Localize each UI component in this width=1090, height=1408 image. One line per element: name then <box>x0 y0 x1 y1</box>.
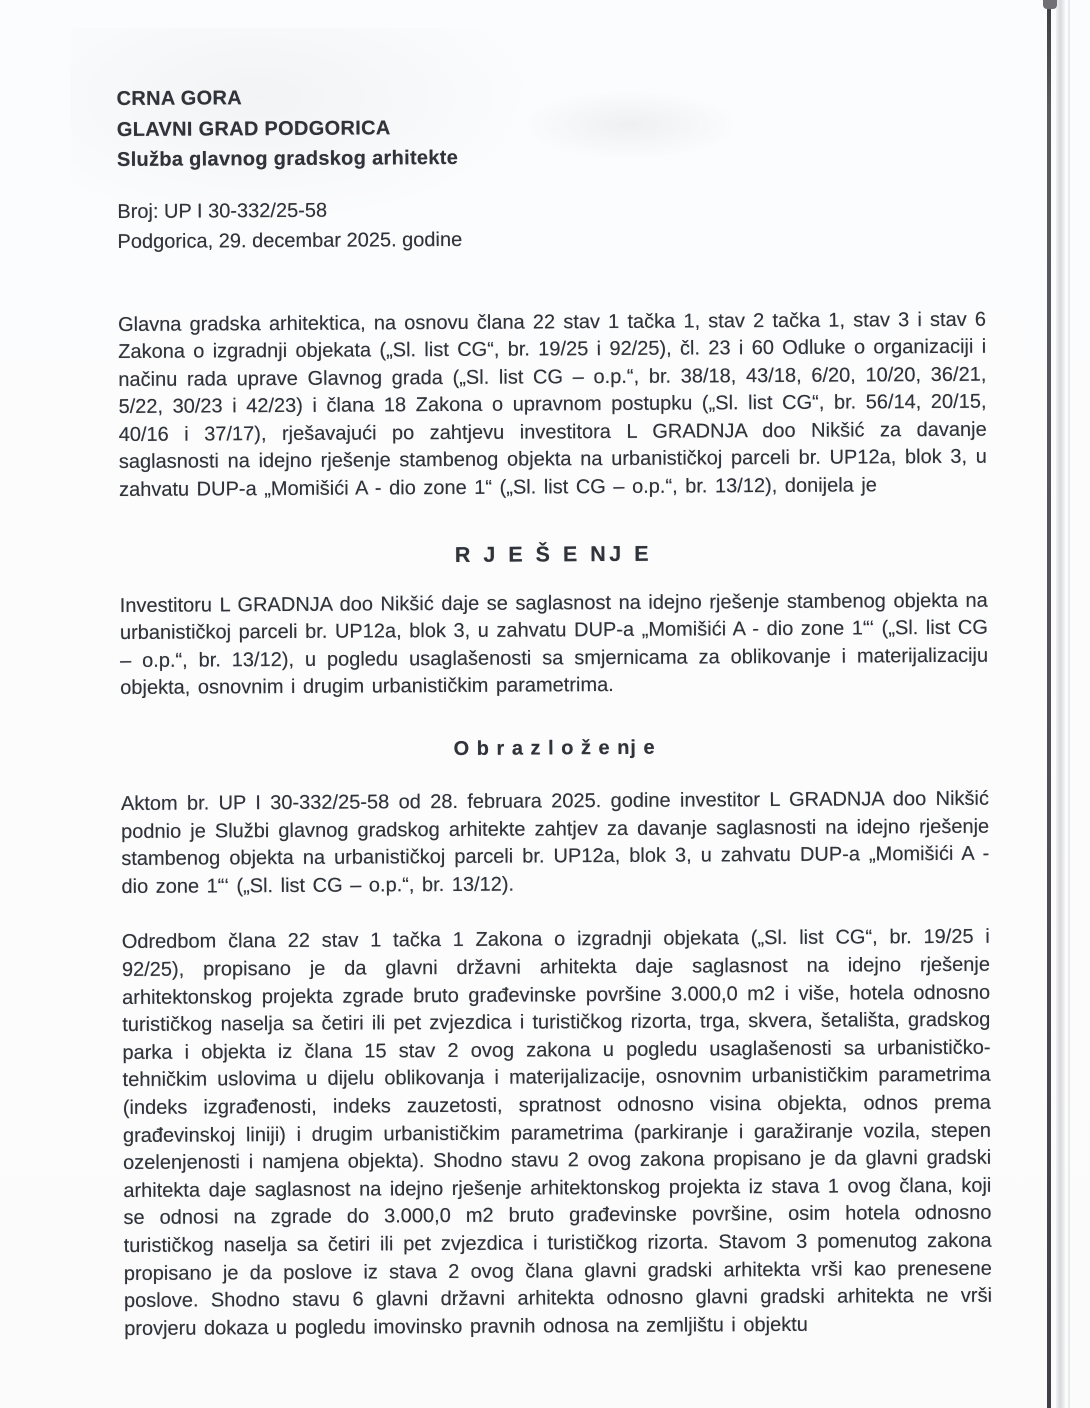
decision-heading: R J E Š E NJ E <box>119 539 987 569</box>
reference-place-date: Podgorica, 29. decembar 2025. godine <box>117 222 985 258</box>
letterhead-office: Služba glavnog gradskog arhitekte <box>117 140 985 176</box>
explanation-paragraph: Odredbom člana 22 stav 1 tačka 1 Zakona … <box>122 924 993 1343</box>
scan-edge-line <box>1047 0 1051 1408</box>
scan-edge-hairline <box>1068 0 1070 1408</box>
scan-edge-light-band <box>1056 0 1065 1408</box>
letterhead: CRNA GORA GLAVNI GRAD PODGORICA Služba g… <box>116 0 985 176</box>
explanation-heading: O b r a z l o ž e nj e <box>121 735 989 763</box>
scan-edge-cap <box>1043 0 1057 9</box>
document-content: CRNA GORA GLAVNI GRAD PODGORICA Služba g… <box>116 0 992 1363</box>
intro-paragraph: Glavna gradska arhitektica, na osnovu čl… <box>118 306 987 504</box>
decision-paragraph: Investitoru L GRADNJA doo Nikšić daje se… <box>120 587 989 703</box>
scanned-document-page: CRNA GORA GLAVNI GRAD PODGORICA Služba g… <box>0 0 1090 1408</box>
reference-block: Broj: UP I 30-332/25-58 Podgorica, 29. d… <box>117 191 985 257</box>
explanation-paragraph: Aktom br. UP I 30-332/25-58 od 28. febru… <box>121 786 990 902</box>
